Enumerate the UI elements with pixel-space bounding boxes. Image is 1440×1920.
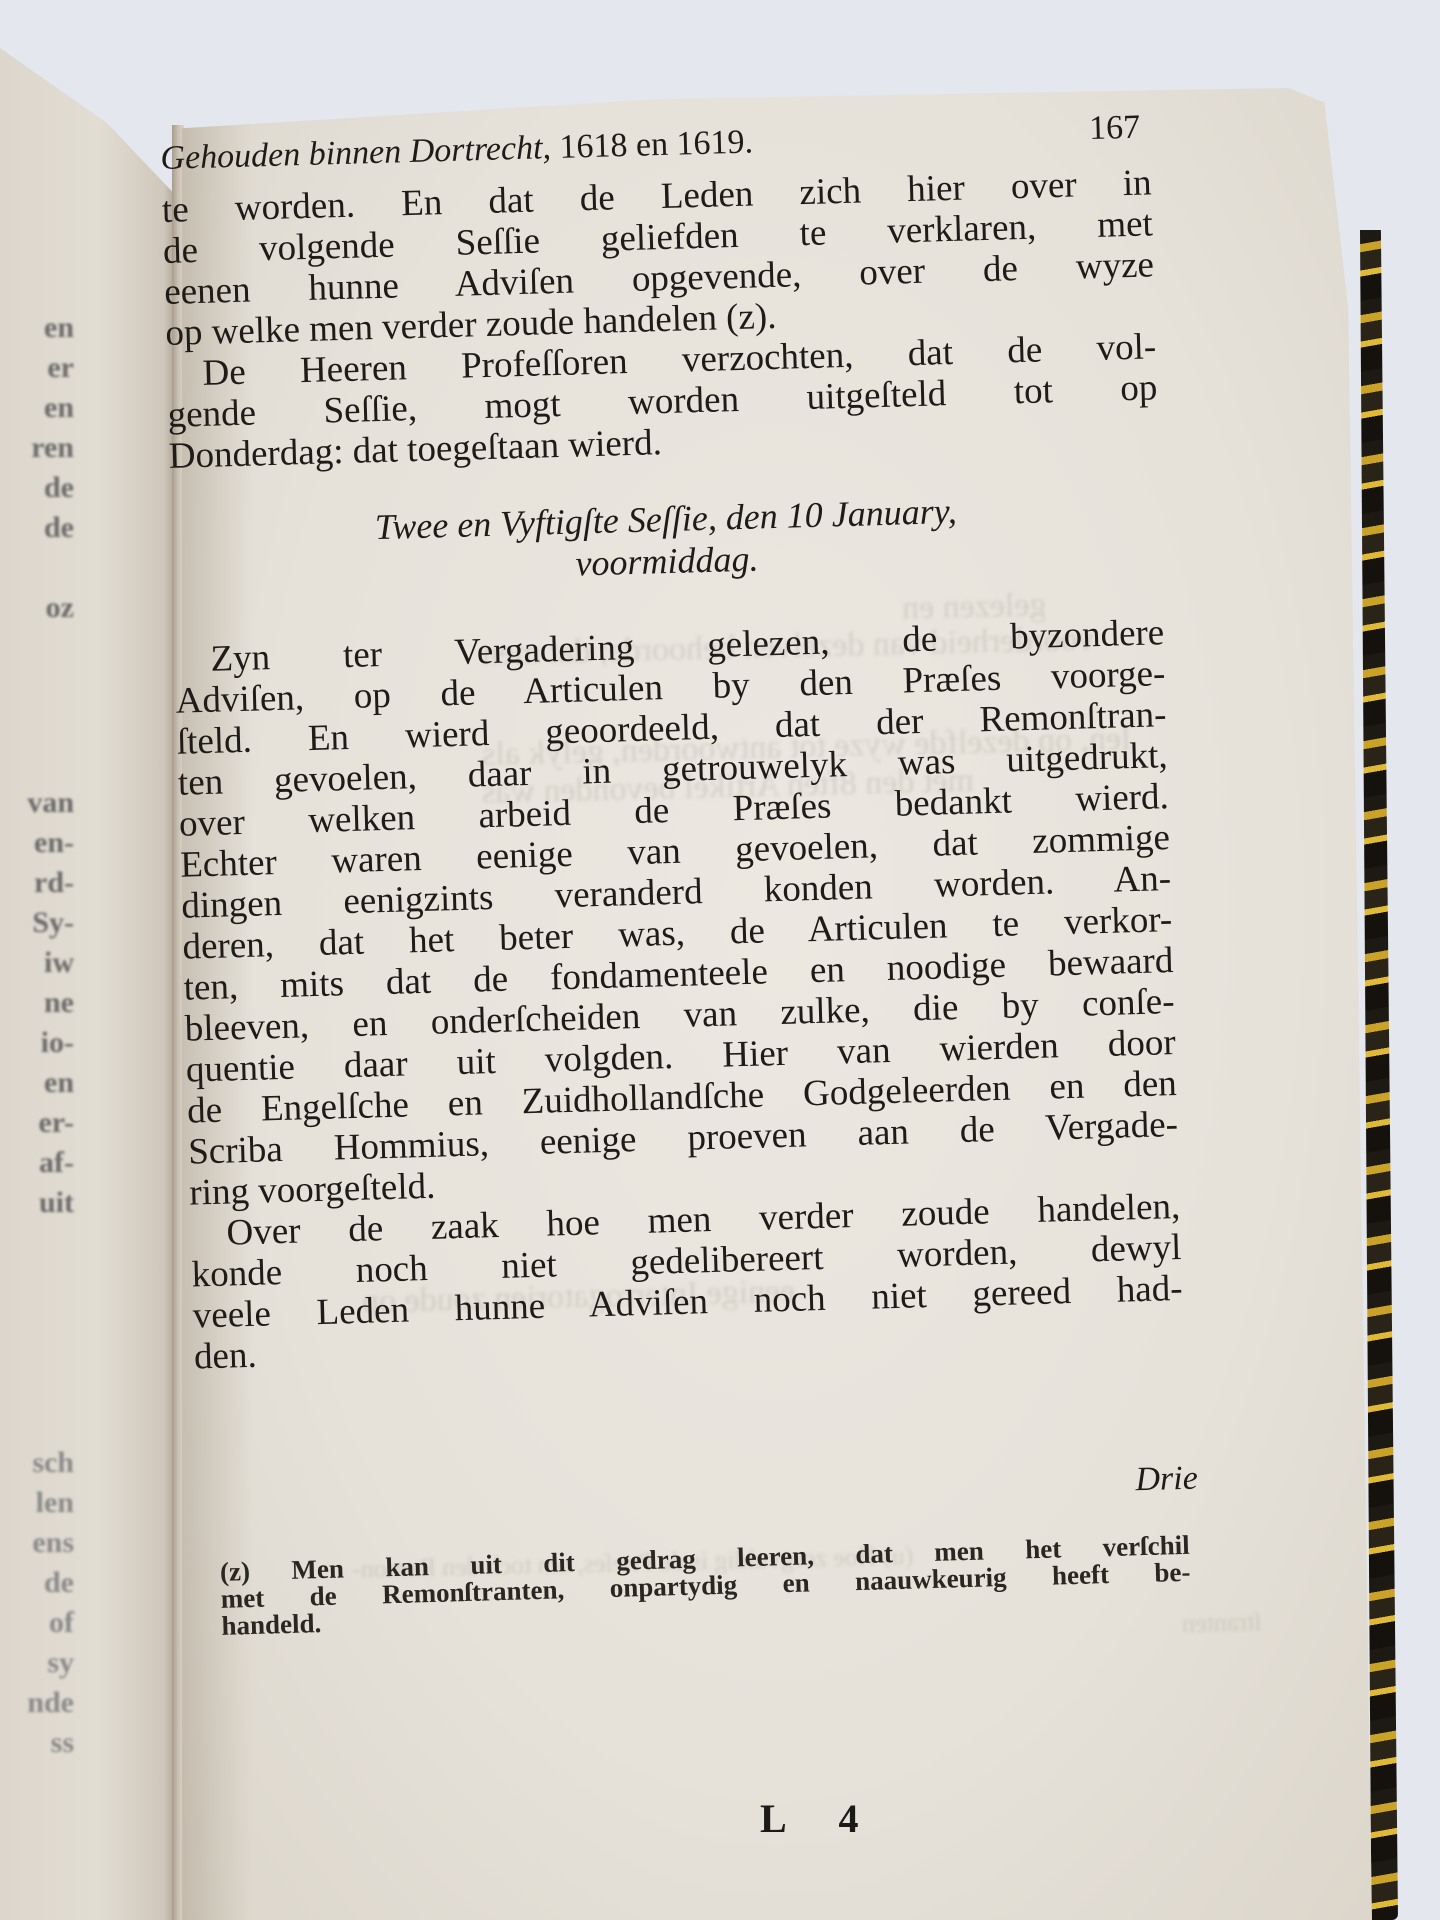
running-head-years: 1618 en 1619. — [559, 123, 754, 165]
fragment — [0, 548, 74, 588]
left-page-text-fragments-bottom: sch len ens de of sy nde ss — [0, 1443, 74, 1763]
page-number: 167 — [1089, 109, 1141, 148]
fragment: en — [0, 388, 74, 428]
fragment: nde — [0, 1683, 74, 1723]
fragment: en- — [0, 823, 74, 863]
fragment: de — [0, 1563, 74, 1603]
fragment: iw — [0, 943, 74, 983]
signature-mark: L 4 — [760, 1795, 880, 1842]
fragment: Sy- — [0, 903, 74, 943]
fragment: io- — [0, 1023, 74, 1063]
left-page: en er en ren de de oz van en- rd- Sy- iw… — [0, 48, 178, 1920]
fragment: oz — [0, 588, 74, 628]
fragment: ss — [0, 1723, 74, 1763]
fragment: len — [0, 1483, 74, 1523]
paragraph-1: te worden. En dat de Leden zich hier ove… — [161, 162, 1155, 354]
fragment: en — [0, 1063, 74, 1103]
fragment: ne — [0, 983, 74, 1023]
fragment: ens — [0, 1523, 74, 1563]
paragraph-4: Over de zaak hoe men verder zoude handel… — [190, 1186, 1184, 1378]
fragment: de — [0, 508, 74, 548]
fragment: uit — [0, 1183, 74, 1223]
fragment: ren — [0, 428, 74, 468]
fragment: en — [0, 308, 74, 348]
left-page-text-fragments-top: en er en ren de de oz — [0, 308, 74, 628]
fragment: sy — [0, 1643, 74, 1683]
fragment: er- — [0, 1103, 74, 1143]
fragment: de — [0, 468, 74, 508]
show-through-text: ſtranten — [1182, 1607, 1262, 1639]
fragment: af- — [0, 1143, 74, 1183]
fragment: of — [0, 1603, 74, 1643]
fragment: rd- — [0, 863, 74, 903]
paragraph-3: Zyn ter Vergadering gelezen, de byzonder… — [174, 612, 1180, 1213]
fragment: er — [0, 348, 74, 388]
fragment: van — [0, 783, 74, 823]
fragment: sch — [0, 1443, 74, 1483]
left-page-text-fragments-middle: van en- rd- Sy- iw ne io- en er- af- uit — [0, 783, 74, 1223]
catchword: Drie — [1135, 1460, 1198, 1500]
